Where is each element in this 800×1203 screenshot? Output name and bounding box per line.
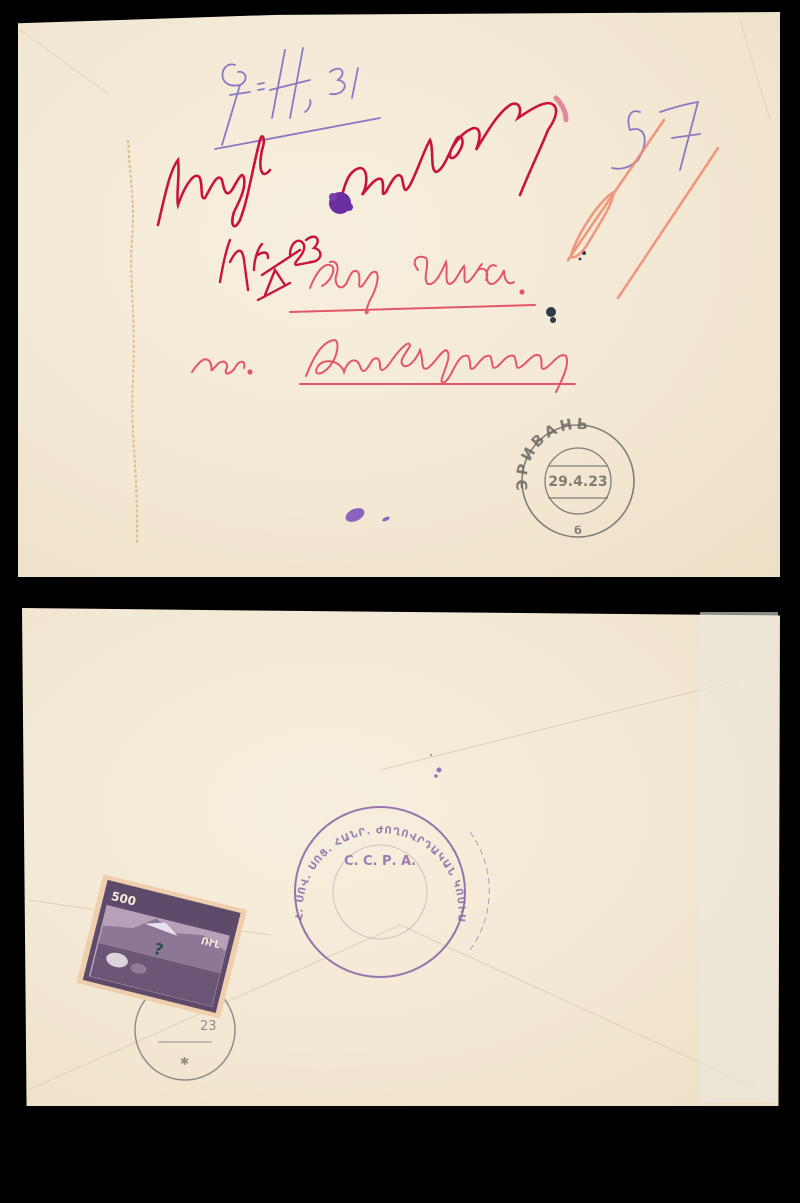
envelope-front bbox=[18, 12, 780, 577]
envelope-back bbox=[22, 608, 780, 1106]
